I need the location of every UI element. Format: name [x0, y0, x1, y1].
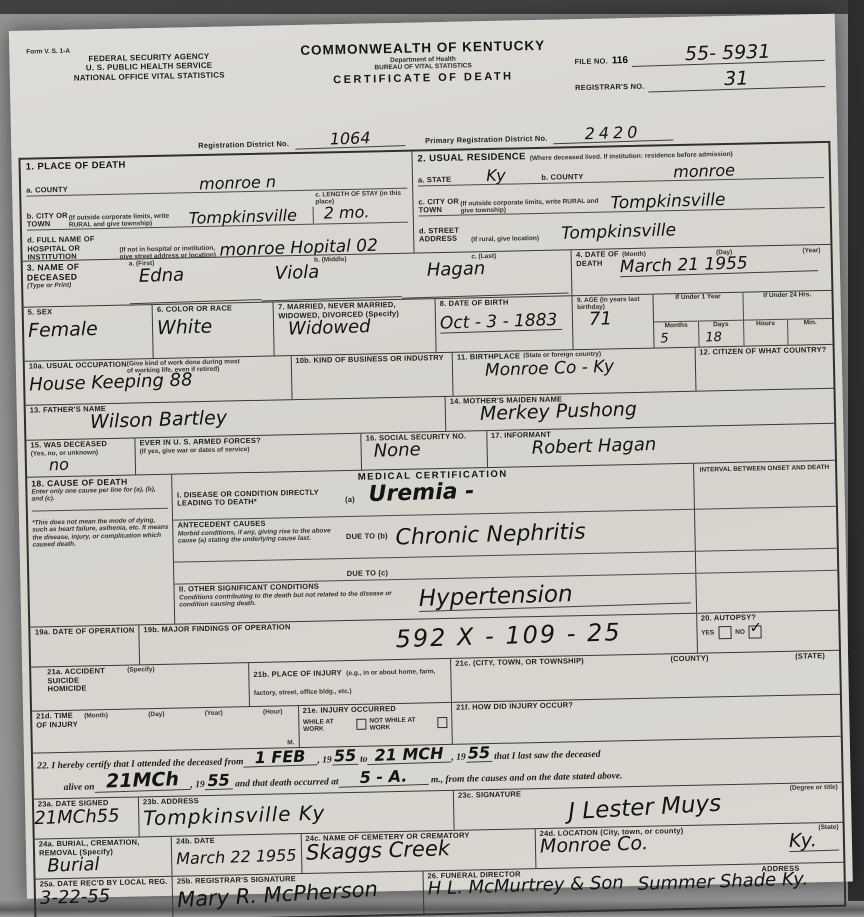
street-address-note: (If rural, give location) — [471, 234, 561, 243]
injury-m-label: M. — [287, 739, 294, 746]
section-registrar-signature: 25b. REGISTRAR'S SIGNATURE Mary R. McPhe… — [173, 871, 424, 917]
interval-label: INTERVAL BETWEEN ONSET AND DEATH — [698, 464, 832, 474]
signature-label: 23c. SIGNATURE — [458, 790, 521, 800]
attended-to-value: 21 MCH — [367, 745, 451, 765]
if-under-24-hrs-label: If Under 24 Hrs. — [743, 291, 832, 319]
section-time-of-injury: 21d. TIME OF INJURY (Month) (Day) (Year)… — [32, 706, 299, 753]
not-while-at-work-checkbox — [437, 717, 448, 728]
accident-label: 21a. ACCIDENT SUICIDE HOMICIDE — [35, 667, 118, 710]
residence-state-label: a. STATE — [418, 176, 452, 185]
section-place-of-death: 1. PLACE OF DEATH a. COUNTY monroe n b. … — [21, 152, 415, 261]
city-or-town-label: b. CITY OR TOWN — [27, 212, 69, 230]
autopsy-no-checkbox: ✓ — [749, 625, 762, 638]
date-signed-value: 21MCh55 — [34, 807, 120, 828]
city-or-town-note: (If outside corporate limits, write RURA… — [69, 212, 189, 229]
hours-label: Hours — [744, 319, 788, 327]
date-of-death-value: March 21 1955 — [620, 253, 819, 277]
cemetery-location-value: Monroe Co. — [540, 834, 649, 857]
due-to-c-label: DUE TO (c) — [347, 570, 389, 579]
form-header: Form V. S. 1-A FEDERAL SECURITY AGENCY U… — [16, 18, 830, 131]
county-label: a. COUNTY — [26, 186, 68, 195]
informant-value: Robert Hagan — [531, 436, 656, 458]
primary-district-value: 2420 — [553, 123, 673, 144]
street-address-value: Tompkinsville — [561, 218, 826, 243]
section-cemetery-name: 24c. NAME OF CEMETERY OR CREMATORY Skagg… — [301, 829, 536, 873]
reg-district-label: Registration District No. — [198, 141, 289, 152]
scan-edge-top — [0, 0, 864, 14]
certify-p3: that I last saw the deceased — [494, 750, 601, 762]
section-burial-type: 24a. BURIAL, CREMATION, REMOVAL (Specify… — [35, 837, 173, 879]
cemetery-state-value: Ky. — [789, 830, 840, 852]
min-label: Min. — [788, 318, 832, 326]
occupation-value: House Keeping 88 — [29, 372, 193, 395]
injury-hour-label: (Hour) — [263, 708, 283, 745]
burial-date-value: March 22 1955 — [176, 847, 297, 867]
section-injury-location: 21c. (CITY, TOWN, OR TOWNSHIP) (COUNTY) … — [451, 651, 840, 702]
date-received-value: 3-22-55 — [40, 887, 111, 907]
social-security-value: None — [374, 441, 422, 460]
primary-district-label: Primary Registration District No. — [425, 135, 548, 146]
days-label: Days — [699, 320, 743, 328]
section-how-injury-occurred: 21f. HOW DID INJURY OCCUR? — [452, 695, 841, 744]
cemetery-name-value: Skaggs Creek — [305, 838, 450, 864]
accident-note: (Specify) — [127, 666, 155, 708]
section-injury-occurred: 21e. INJURY OCCURRED WHILE AT WORK NOT W… — [299, 703, 453, 747]
injury-month-label: (Month) — [84, 712, 109, 749]
color-or-race-value: White — [157, 317, 213, 338]
certify-p5: and that death occurred at — [235, 777, 339, 789]
injury-occurred-label: 21e. INJURY OCCURRED — [303, 704, 448, 716]
place-of-injury-label: 21b. PLACE OF INJURY — [253, 668, 341, 679]
injury-state-label: (STATE) — [795, 652, 825, 661]
due-to-b-label: DUE TO (b) — [346, 532, 388, 541]
last-alive-value: 21MCh — [94, 770, 191, 793]
header-file-block: FILE NO. 116 55- 5931 REGISTRAR'S NO. 31 — [574, 32, 826, 119]
injury-city-label: 21c. (CITY, TOWN, OR TOWNSHIP) — [455, 657, 584, 668]
date-of-birth-label: 8. DATE OF BIRTH — [440, 297, 569, 308]
signature-value: J Lester Muys — [568, 792, 722, 824]
cause-of-death-note2: *This does not mean the mode of dying, s… — [32, 517, 169, 548]
section-social-security: 16. SOCIAL SECURITY NO. None — [362, 431, 488, 470]
burial-type-value: Burial — [47, 856, 100, 876]
while-at-work-label: WHILE AT WORK — [303, 718, 353, 733]
header-title-block: COMMONWEALTH OF KENTUCKY Department of H… — [271, 37, 576, 125]
first-name-value: Edna — [129, 264, 262, 304]
fathers-name-value: Wilson Bartley — [90, 408, 228, 431]
section-age-under-one: If Under 1 Year If Under 24 Hrs. Months … — [654, 291, 833, 348]
was-deceased-value: no — [49, 456, 69, 473]
citizen-label: 12. CITIZEN OF WHAT COUNTRY? — [699, 346, 829, 357]
section-medical-certification: MEDICAL CERTIFICATION I. DISEASE OR COND… — [173, 464, 697, 624]
certify-19b: , 19 — [451, 753, 465, 763]
if-under-1-year-label: If Under 1 Year — [654, 293, 744, 321]
section-was-deceased: 15. WAS DECEASED (Yes, no, or unknown) n… — [26, 438, 136, 476]
autopsy-yes-checkbox — [718, 626, 731, 639]
attended-from-year: 55 — [331, 748, 358, 766]
attended-from-value: 1 FEB — [243, 748, 317, 767]
time-of-injury-label: 21d. TIME OF INJURY — [36, 712, 81, 752]
city-of-death-value: Tompkinsville — [189, 207, 311, 227]
last-name-value: Hagan — [400, 258, 568, 299]
hospital-label: d. FULL NAME OF HOSPITAL OR INSTITUTION — [27, 235, 120, 261]
length-of-stay-value: 2 mo. — [323, 204, 369, 221]
section-business-industry: 10b. KIND OF BUSINESS OR INDUSTRY — [291, 353, 453, 399]
section-signer-address: 23b. ADDRESS Tompkinsville Ky — [139, 791, 455, 837]
residence-state-value: Ky — [451, 166, 541, 185]
section-marital-status: 7. MARRIED, NEVER MARRIED, WIDOWED, DIVO… — [274, 299, 437, 355]
major-findings-value: 592 X - 109 - 25 — [396, 620, 623, 651]
section-date-received: 25a. DATE REC'D BY LOCAL REG. 3-22-55 — [36, 877, 174, 917]
certify-19c: , 19 — [190, 780, 204, 790]
date-of-operation-label: 19a. DATE OF OPERATION — [34, 626, 134, 637]
registrars-no-value: 31 — [648, 67, 825, 93]
section-funeral-director: 26. FUNERAL DIRECTOR ADDRESS H L. McMurt… — [423, 863, 844, 914]
marital-status-value: Widowed — [288, 318, 371, 339]
certify-p4: alive on — [64, 782, 95, 793]
residence-county-label: b. COUNTY — [541, 173, 583, 183]
section-date-of-operation: 19a. DATE OF OPERATION — [30, 625, 140, 666]
header-agency-block: Form V. S. 1-A FEDERAL SECURITY AGENCY U… — [20, 44, 273, 131]
death-hour-value: 5 - A. — [338, 768, 428, 788]
autopsy-no-label: NO — [735, 628, 745, 635]
section-citizen: 12. CITIZEN OF WHAT COUNTRY? — [695, 345, 833, 391]
certify-num: 22. — [37, 761, 49, 771]
interval-line-c — [695, 549, 837, 574]
file-no-value: 55- 5931 — [632, 41, 825, 67]
cause-a-label: (a) — [345, 496, 355, 505]
residence-city-label: c. CITY OR TOWN — [418, 197, 460, 215]
date-of-death-label: 4. DATE OF DEATH — [576, 250, 621, 294]
color-or-race-label: 6. COLOR OR RACE — [157, 304, 269, 315]
certificate-paper: Form V. S. 1-A FEDERAL SECURITY AGENCY U… — [9, 14, 853, 899]
while-at-work-checkbox — [356, 719, 367, 730]
age-value: 71 — [589, 311, 612, 330]
name-of-deceased-label: 3. NAME OF DECEASED — [27, 261, 129, 283]
certify-19a: , 19 — [317, 755, 331, 765]
was-deceased-note: (Yes, no, or unknown) — [31, 448, 131, 457]
section-armed-forces: EVER IN U. S. ARMED FORCES? (If yes, giv… — [135, 434, 362, 475]
section-autopsy: 20. AUTOPSY? YES NO ✓ — [697, 611, 839, 653]
certify-p6: m., from the causes and on the date stat… — [431, 771, 623, 785]
street-address-label: d. STREET ADDRESS — [419, 226, 471, 244]
degree-or-title-note: (Degree or title) — [790, 784, 838, 794]
section-accident-suicide-homicide: 21a. ACCIDENT SUICIDE HOMICIDE (Specify) — [31, 663, 250, 711]
type-or-print-note: (Type or Print) — [27, 281, 129, 290]
section-usual-residence: 2. USUAL RESIDENCE (Where deceased lived… — [412, 143, 830, 253]
usual-residence-title: 2. USUAL RESIDENCE — [417, 151, 526, 164]
birthplace-value: Monroe Co - Ky — [485, 358, 615, 379]
months-value: 5 — [660, 332, 669, 345]
section-color-or-race: 6. COLOR OR RACE White — [153, 303, 275, 359]
section-informant: 17. INFORMANT Robert Hagan — [487, 424, 835, 467]
certificate-form: 1. PLACE OF DEATH a. COUNTY monroe n b. … — [18, 141, 846, 917]
funeral-director-value: H L. McMurtrey & Son — [427, 874, 623, 898]
middle-name-value: Viola — [260, 261, 401, 301]
injury-county-label: (COUNTY) — [670, 654, 708, 663]
section-cemetery-location: 24d. LOCATION (City, town, or county) (S… — [536, 823, 844, 868]
reg-district-value: 1064 — [295, 129, 405, 149]
days-value: 18 — [705, 331, 722, 345]
section-date-of-birth: 8. DATE OF BIRTH Oct - 3 - 1883 — [436, 296, 574, 352]
interval-line-b — [695, 507, 837, 552]
section-cause-of-death: 18. CAUSE OF DEATH Enter only one cause … — [27, 475, 176, 627]
section-date-of-death: 4. DATE OF DEATH (Month) (Day) (Year) Ma… — [572, 245, 831, 295]
burial-date-label: 24b. DATE — [176, 835, 296, 846]
mothers-maiden-name-value: Merkey Pushong — [480, 400, 638, 424]
antecedent-causes-note: Morbid conditions, if any, giving rise t… — [178, 527, 346, 545]
injury-year-label: (Year) — [205, 710, 224, 747]
not-while-at-work-label: NOT WHILE AT WORK — [369, 716, 434, 732]
section-burial-date: 24b. DATE March 22 1955 — [172, 834, 302, 876]
last-alive-year: 55 — [204, 772, 233, 790]
due-to-b-value: Chronic Nephritis — [387, 518, 690, 549]
cause-of-death-note1: Enter only one cause per line for (a), (… — [31, 486, 168, 503]
autopsy-no-checkmark: ✓ — [750, 620, 763, 635]
section-birthplace: 11. BIRTHPLACE (State or foreign country… — [453, 348, 696, 396]
section-date-signed: 23a. DATE SIGNED 21MCh55 — [34, 797, 140, 838]
business-industry-label: 10b. KIND OF BUSINESS OR INDUSTRY — [295, 354, 448, 366]
funeral-director-address-value: Summer Shade Ky. — [637, 870, 808, 893]
interval-line-d — [696, 571, 838, 612]
sex-value: Female — [28, 319, 98, 340]
sex-label: 5. SEX — [28, 306, 148, 317]
section-sex: 5. SEX Female — [24, 305, 154, 361]
registrars-no-label: REGISTRAR'S NO. — [575, 83, 645, 93]
section-usual-occupation: 10a. USUAL OCCUPATION (Give kind of work… — [25, 356, 292, 405]
autopsy-yes-label: YES — [701, 629, 714, 636]
signer-address-value: Tompkinsville Ky — [143, 802, 326, 828]
section-place-of-injury: 21b. PLACE OF INJURY (e.g., in or about … — [249, 659, 452, 706]
section-interval: INTERVAL BETWEEN ONSET AND DEATH — [694, 461, 838, 613]
date-of-birth-value: Oct - 3 - 1883 — [440, 311, 562, 333]
file-no-printed: 116 — [612, 55, 628, 66]
file-no-label: FILE NO. — [575, 58, 608, 67]
disease-leading-label: I. DISEASE OR CONDITION DIRECTLY LEADING… — [177, 488, 345, 509]
injury-day-label: (Day) — [148, 711, 165, 748]
autopsy-label: 20. AUTOPSY? — [701, 612, 835, 623]
attended-to-year: 55 — [465, 745, 492, 763]
section-age: 9. AGE (In years last birthday) 71 — [573, 295, 655, 350]
other-conditions-value: Hypertension — [419, 579, 692, 612]
section-signature: 23c. SIGNATURE (Degree or title) J Leste… — [454, 783, 843, 830]
months-label: Months — [654, 321, 698, 329]
